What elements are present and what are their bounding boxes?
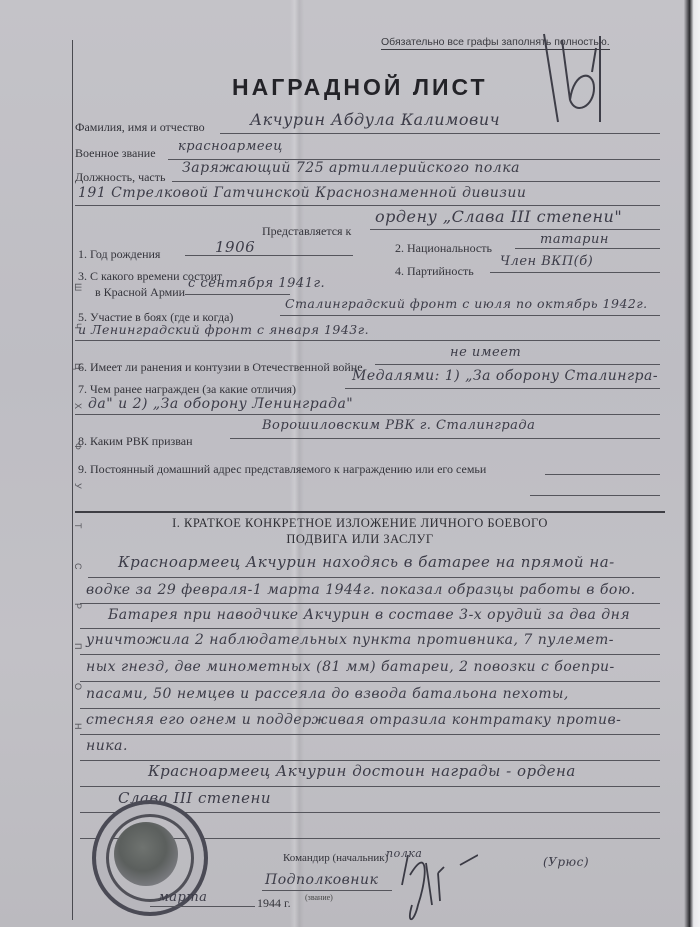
- battles-value-line2: и Ленинградский фронт с января 1943г.: [78, 322, 369, 337]
- narrative-line: водке за 29 февраля-1 марта 1944г. показ…: [86, 582, 636, 598]
- rank-value: красноармеец: [178, 139, 283, 154]
- rvk-value: Ворошиловским РВК г. Сталинграда: [262, 418, 535, 433]
- margin-letter: С: [43, 563, 83, 577]
- section-title-line2: ПОДВИГА ИЛИ ЗАСЛУГ: [100, 532, 620, 547]
- rank-label: Военное звание: [75, 146, 156, 161]
- narrative-line: Красноармеец Акчурин находясь в батарее …: [118, 553, 615, 571]
- party-label: 4. Партийность: [395, 264, 474, 279]
- commander-name: (Урюс): [543, 855, 589, 869]
- rule: [80, 654, 660, 655]
- rule: [150, 906, 255, 907]
- rule: [375, 364, 660, 365]
- birth-year-value: 1906: [215, 238, 255, 256]
- margin-letter: О: [43, 683, 83, 697]
- narrative-line: уничтожила 2 наблюдательных пункта проти…: [86, 632, 614, 648]
- narrative-line: пасами, 50 немцев и рассеяла до взвода б…: [86, 686, 569, 702]
- wounds-label: 6. Имеет ли ранения и контузии в Отечест…: [78, 360, 363, 375]
- narrative-line: стесняя его огнем и поддерживая отразила…: [86, 712, 621, 728]
- previous-awards-value-line2: да" и 2) „За оборону Ленинграда": [88, 396, 353, 412]
- address-label: 9. Постоянный домашний адрес представляе…: [78, 462, 486, 477]
- previous-awards-value: Медалями: 1) „За оборону Сталингра-: [352, 368, 658, 384]
- rule: [80, 760, 660, 761]
- rule: [88, 577, 660, 578]
- section-title: I. КРАТКОЕ КОНКРЕТНОЕ ИЗЛОЖЕНИЕ ЛИЧНОГО …: [100, 516, 620, 531]
- rule: [80, 708, 660, 709]
- rule: [490, 272, 660, 273]
- section-divider: [75, 511, 665, 513]
- rule: [545, 474, 660, 475]
- nationality-label: 2. Национальность: [395, 241, 492, 256]
- army-since-label-2: в Красной Армии: [95, 285, 185, 300]
- battles-value: Сталинградский фронт с июля по октябрь 1…: [285, 296, 648, 311]
- previous-awards-label: 7. Чем ранее награжден (за какие отличия…: [78, 382, 296, 397]
- position-value-line2: 191 Стрелковой Гатчинской Краснознаменно…: [78, 185, 526, 201]
- rule: [220, 133, 660, 134]
- narrative-line: Красноармеец Акчурин достоин награды - о…: [148, 762, 576, 780]
- rule: [185, 294, 290, 295]
- narrative-line: Батарея при наводчике Акчурин в составе …: [108, 607, 630, 623]
- rule: [75, 414, 660, 415]
- full-name-label: Фамилия, имя и отчество: [75, 120, 205, 135]
- rule: [75, 340, 660, 341]
- margin-letter: П: [43, 643, 83, 657]
- nominated-value: ордену „Слава III степени": [375, 207, 622, 226]
- page-edge: [684, 0, 700, 927]
- commander-signature: [398, 845, 478, 927]
- rule: [515, 248, 660, 249]
- army-since-value: с сентября 1941г.: [188, 276, 325, 291]
- rule: [530, 495, 660, 496]
- wounds-value: не имеет: [450, 345, 521, 360]
- margin-letter: Ч: [43, 323, 83, 337]
- rule: [345, 388, 660, 389]
- margin-letter: Н: [43, 723, 83, 737]
- commander-label: Командир (начальник): [283, 852, 388, 864]
- rvk-label: 8. Каким РВК призван: [78, 434, 193, 449]
- seal-emblem-icon: [114, 822, 178, 886]
- rule: [80, 603, 660, 604]
- rule: [370, 229, 660, 230]
- rule: [80, 734, 660, 735]
- date-year: 1944 г.: [257, 896, 291, 911]
- rule: [230, 438, 660, 439]
- narrative-line: ника.: [86, 738, 128, 754]
- rule: [75, 205, 660, 206]
- rule: [80, 628, 660, 629]
- rule: [185, 255, 353, 256]
- rule: [80, 786, 660, 787]
- margin-letter: Ц: [43, 363, 83, 377]
- rule: [80, 681, 660, 682]
- margin-line: [72, 40, 73, 920]
- nationality-value: татарин: [540, 232, 609, 247]
- margin-letter: Т: [43, 523, 83, 537]
- birth-year-label: 1. Год рождения: [78, 247, 160, 262]
- margin-letter: Ф: [43, 443, 83, 457]
- rule: [280, 315, 660, 316]
- rule: [262, 890, 392, 891]
- margin-letter: У: [43, 483, 83, 497]
- rank-signature-value: Подполковник: [265, 872, 378, 888]
- page-title: НАГРАДНОЙ ЛИСТ: [232, 74, 488, 101]
- registration-mark: [540, 30, 620, 125]
- position-label: Должность, часть: [75, 170, 165, 185]
- party-value: Член ВКП(б): [500, 254, 593, 269]
- position-value: Заряжающий 725 артиллерийского полка: [182, 160, 520, 176]
- margin-letter: Р: [43, 603, 83, 617]
- date-month: марта: [158, 890, 207, 905]
- margin-letter: Ш: [43, 283, 83, 297]
- rank-caption: (звание): [305, 893, 333, 902]
- rule: [172, 181, 660, 182]
- narrative-line: ных гнезд, две минометных (81 мм) батаре…: [86, 659, 615, 675]
- full-name-value: Акчурин Абдула Калимович: [250, 110, 500, 129]
- margin-index-letters: Ш Ч Ц Х Ф У Т С Р П О Н: [56, 270, 70, 750]
- nominated-label: Представляется к: [262, 224, 351, 239]
